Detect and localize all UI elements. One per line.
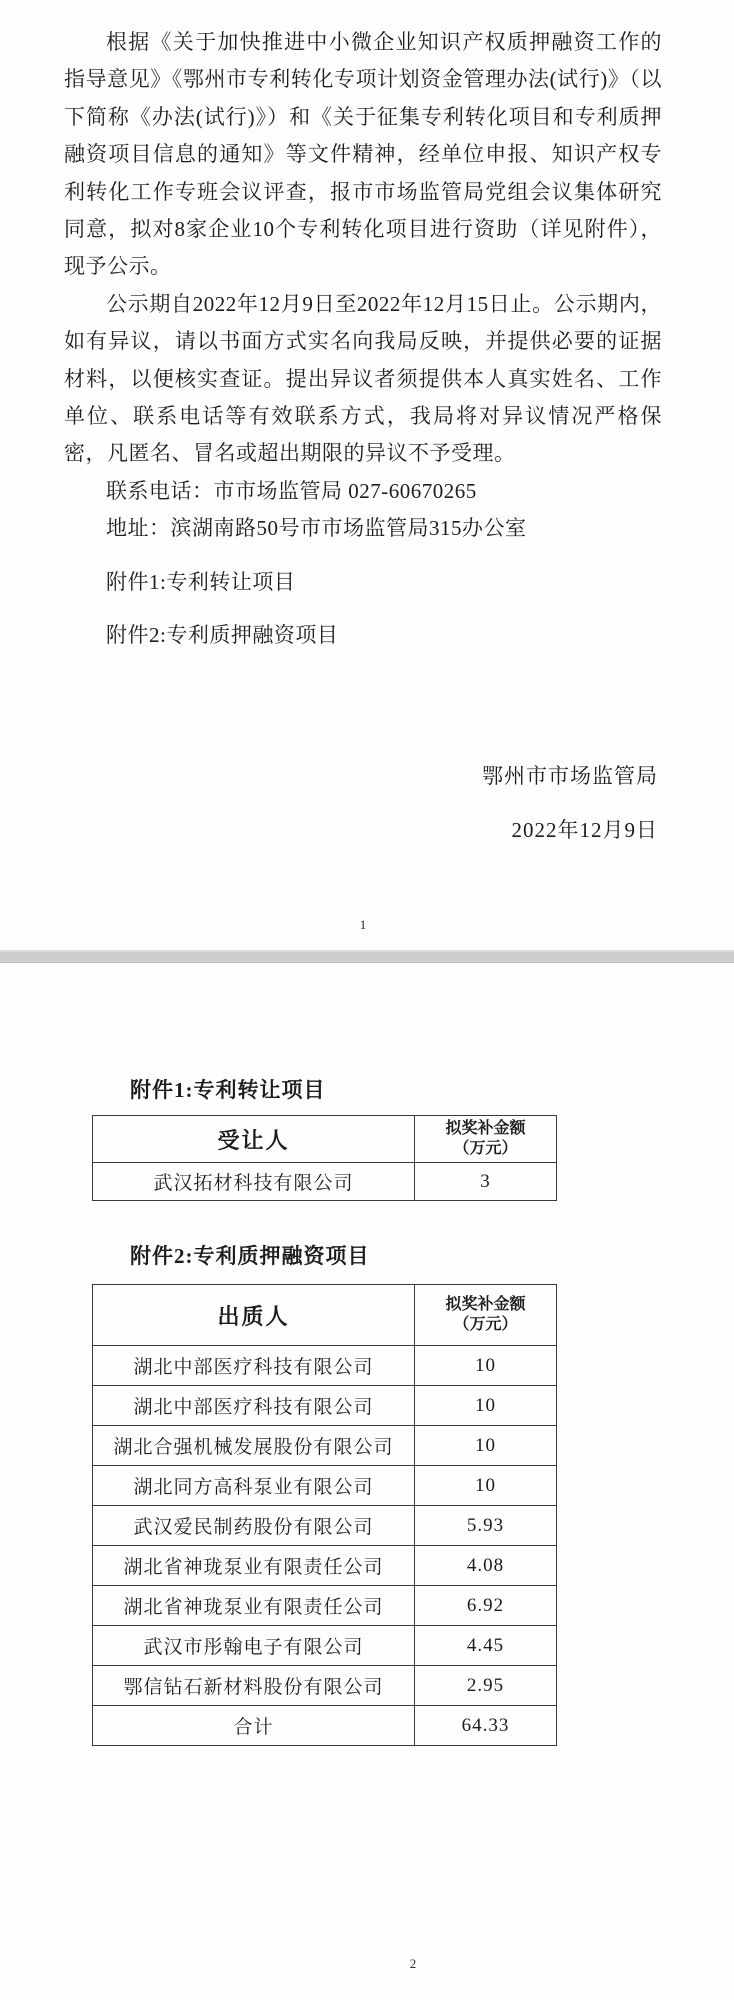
- table-header-row: 出质人 拟奖补金额 （万元）: [93, 1285, 557, 1346]
- issuing-authority: 鄂州市市场监管局: [64, 763, 658, 789]
- amount-cell: 3: [415, 1163, 557, 1201]
- attachment-2-reference: 附件2:专利质押融资项目: [64, 617, 662, 654]
- amount-cell: 4.08: [415, 1546, 557, 1586]
- company-name-cell: 武汉市彤翰电子有限公司: [93, 1626, 415, 1666]
- attachment-1-reference: 附件1:专利转让项目: [64, 564, 662, 601]
- amount-header-line1: 拟奖补金额: [415, 1119, 556, 1139]
- amount-cell: 6.92: [415, 1586, 557, 1626]
- address-line: 地址：滨湖南路50号市市场监管局315办公室: [64, 510, 662, 547]
- company-name-cell: 鄂信钻石新材料股份有限公司: [93, 1666, 415, 1706]
- intro-paragraph: 根据《关于加快推进中小微企业知识产权质押融资工作的指导意见》《鄂州市专利转化专项…: [64, 24, 662, 286]
- amount-cell: 4.45: [415, 1626, 557, 1666]
- amount-cell: 10: [415, 1426, 557, 1466]
- table-row: 武汉拓材科技有限公司 3: [93, 1163, 557, 1201]
- attachment-2-title: 附件2:专利质押融资项目: [130, 1241, 734, 1271]
- table-row: 湖北同方高科泵业有限公司 10: [93, 1466, 557, 1506]
- issue-date: 2022年12月9日: [64, 817, 658, 843]
- table-header-row: 受让人 拟奖补金额 （万元）: [93, 1116, 557, 1163]
- total-amount-cell: 64.33: [415, 1706, 557, 1746]
- amount-cell: 2.95: [415, 1666, 557, 1706]
- table-row: 湖北省神珑泵业有限责任公司 4.08: [93, 1546, 557, 1586]
- objection-paragraph: 公示期自2022年12月9日至2022年12月15日止。公示期内，如有异议，请以…: [64, 286, 662, 473]
- document-page-2: 附件1:专利转让项目 受让人 拟奖补金额 （万元） 武汉拓材科技有限公司 3 附…: [0, 963, 734, 2000]
- company-name-cell: 武汉爱民制药股份有限公司: [93, 1506, 415, 1546]
- amount-header-line2: （万元）: [415, 1315, 556, 1335]
- company-name-cell: 湖北省神珑泵业有限责任公司: [93, 1546, 415, 1586]
- table-row: 湖北中部医疗科技有限公司 10: [93, 1386, 557, 1426]
- table-row: 鄂信钻石新材料股份有限公司 2.95: [93, 1666, 557, 1706]
- table-row: 湖北省神珑泵业有限责任公司 6.92: [93, 1586, 557, 1626]
- company-name-cell: 武汉拓材科技有限公司: [93, 1163, 415, 1201]
- amount-header: 拟奖补金额 （万元）: [415, 1285, 557, 1346]
- total-row: 合计 64.33: [93, 1706, 557, 1746]
- patent-transfer-table: 受让人 拟奖补金额 （万元） 武汉拓材科技有限公司 3: [92, 1115, 557, 1201]
- transferee-header: 受让人: [93, 1116, 415, 1163]
- amount-header-line1: 拟奖补金额: [415, 1295, 556, 1315]
- company-name-cell: 湖北同方高科泵业有限公司: [93, 1466, 415, 1506]
- amount-cell: 10: [415, 1466, 557, 1506]
- pledgor-header: 出质人: [93, 1285, 415, 1346]
- amount-header: 拟奖补金额 （万元）: [415, 1116, 557, 1163]
- company-name-cell: 湖北中部医疗科技有限公司: [93, 1346, 415, 1386]
- document-page-1: 根据《关于加快推进中小微企业知识产权质押融资工作的指导意见》《鄂州市专利转化专项…: [0, 0, 734, 950]
- page-number-2: 2: [92, 1956, 734, 1972]
- attachment-1-title: 附件1:专利转让项目: [130, 1075, 734, 1105]
- company-name-cell: 湖北省神珑泵业有限责任公司: [93, 1586, 415, 1626]
- amount-cell: 5.93: [415, 1506, 557, 1546]
- table-row: 武汉市彤翰电子有限公司 4.45: [93, 1626, 557, 1666]
- company-name-cell: 湖北中部医疗科技有限公司: [93, 1386, 415, 1426]
- amount-header-line2: （万元）: [415, 1139, 556, 1159]
- amount-cell: 10: [415, 1386, 557, 1426]
- page-number-1: 1: [64, 917, 662, 933]
- contact-phone-line: 联系电话：市市场监管局 027-60670265: [64, 473, 662, 510]
- amount-cell: 10: [415, 1346, 557, 1386]
- total-label-cell: 合计: [93, 1706, 415, 1746]
- table-row: 湖北合强机械发展股份有限公司 10: [93, 1426, 557, 1466]
- signature-block: 鄂州市市场监管局 2022年12月9日: [64, 763, 662, 843]
- table-row: 武汉爱民制药股份有限公司 5.93: [93, 1506, 557, 1546]
- table-row: 湖北中部医疗科技有限公司 10: [93, 1346, 557, 1386]
- company-name-cell: 湖北合强机械发展股份有限公司: [93, 1426, 415, 1466]
- pledge-financing-table: 出质人 拟奖补金额 （万元） 湖北中部医疗科技有限公司 10 湖北中部医疗科技有…: [92, 1284, 557, 1746]
- page-divider: [0, 950, 734, 963]
